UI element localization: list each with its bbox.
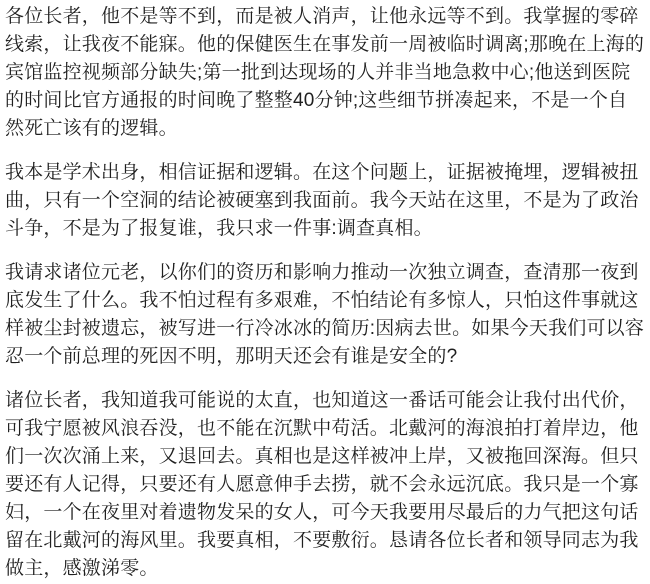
paragraph-4: 诸位长者，我知道我可能说的太直，也知道这一番话可能会让我付出代价， 可我宁愿被风…: [5, 387, 646, 583]
text-line: 斗争，不是为了报复谁，我只求一件事:调查真相。: [5, 215, 646, 243]
paragraph-2: 我本是学术出身，相信证据和逻辑。在这个问题上，证据被掩埋，逻辑被扭 曲，只有一个…: [5, 159, 646, 243]
text-line: 各位长者，他不是等不到，而是被人消声，让他永远等不到。我掌握的零碎: [5, 3, 646, 31]
text-line: 然死亡该有的逻辑。: [5, 115, 646, 143]
text-line: 诸位长者，我知道我可能说的太直，也知道这一番话可能会让我付出代价，: [5, 387, 646, 415]
text-line: 们一次次涌上来，又退回去。真相也是这样被冲上岸，又被拖回深海。但只: [5, 443, 646, 471]
text-line: 底发生了什么。我不怕过程有多艰难，不怕结论有多惊人，只怕这件事就这: [5, 287, 646, 315]
text-line: 要还有人记得，只要还有人愿意伸手去捞，就不会永远沉底。我只是一个寡: [5, 471, 646, 499]
text-line: 我本是学术出身，相信证据和逻辑。在这个问题上，证据被掩埋，逻辑被扭: [5, 159, 646, 187]
text-line: 曲，只有一个空洞的结论被硬塞到我面前。我今天站在这里，不是为了政治: [5, 187, 646, 215]
paragraph-3: 我请求诸位元老，以你们的资历和影响力推动一次独立调查，查清那一夜到 底发生了什么…: [5, 259, 646, 371]
text-line: 样被尘封被遗忘，被写进一行冷冰冰的简历:因病去世。如果今天我们可以容: [5, 315, 646, 343]
text-line: 宾馆监控视频部分缺失;第一批到达现场的人并非当地急救中心;他送到医院: [5, 59, 646, 87]
text-line: 留在北戴河的海风里。我要真相，不要敷衍。恳请各位长者和领导同志为我: [5, 527, 646, 555]
text-line: 做主，感激涕零。: [5, 555, 646, 583]
text-line: 妇，一个在夜里对着遗物发呆的女人，可今天我要用尽最后的力气把这句话: [5, 499, 646, 527]
document-page: 各位长者，他不是等不到，而是被人消声，让他永远等不到。我掌握的零碎 线索，让我夜…: [0, 0, 650, 584]
text-line: 线索，让我夜不能寐。他的保健医生在事发前一周被临时调离;那晚在上海的: [5, 31, 646, 59]
paragraph-1: 各位长者，他不是等不到，而是被人消声，让他永远等不到。我掌握的零碎 线索，让我夜…: [5, 3, 646, 143]
text-line: 可我宁愿被风浪吞没，也不能在沉默中苟活。北戴河的海浪拍打着岸边，他: [5, 415, 646, 443]
text-line: 我请求诸位元老，以你们的资历和影响力推动一次独立调查，查清那一夜到: [5, 259, 646, 287]
text-line: 的时间比官方通报的时间晚了整整40分钟;这些细节拼凑起来，不是一个自: [5, 87, 646, 115]
text-line: 忍一个前总理的死因不明，那明天还会有谁是安全的?: [5, 343, 646, 371]
